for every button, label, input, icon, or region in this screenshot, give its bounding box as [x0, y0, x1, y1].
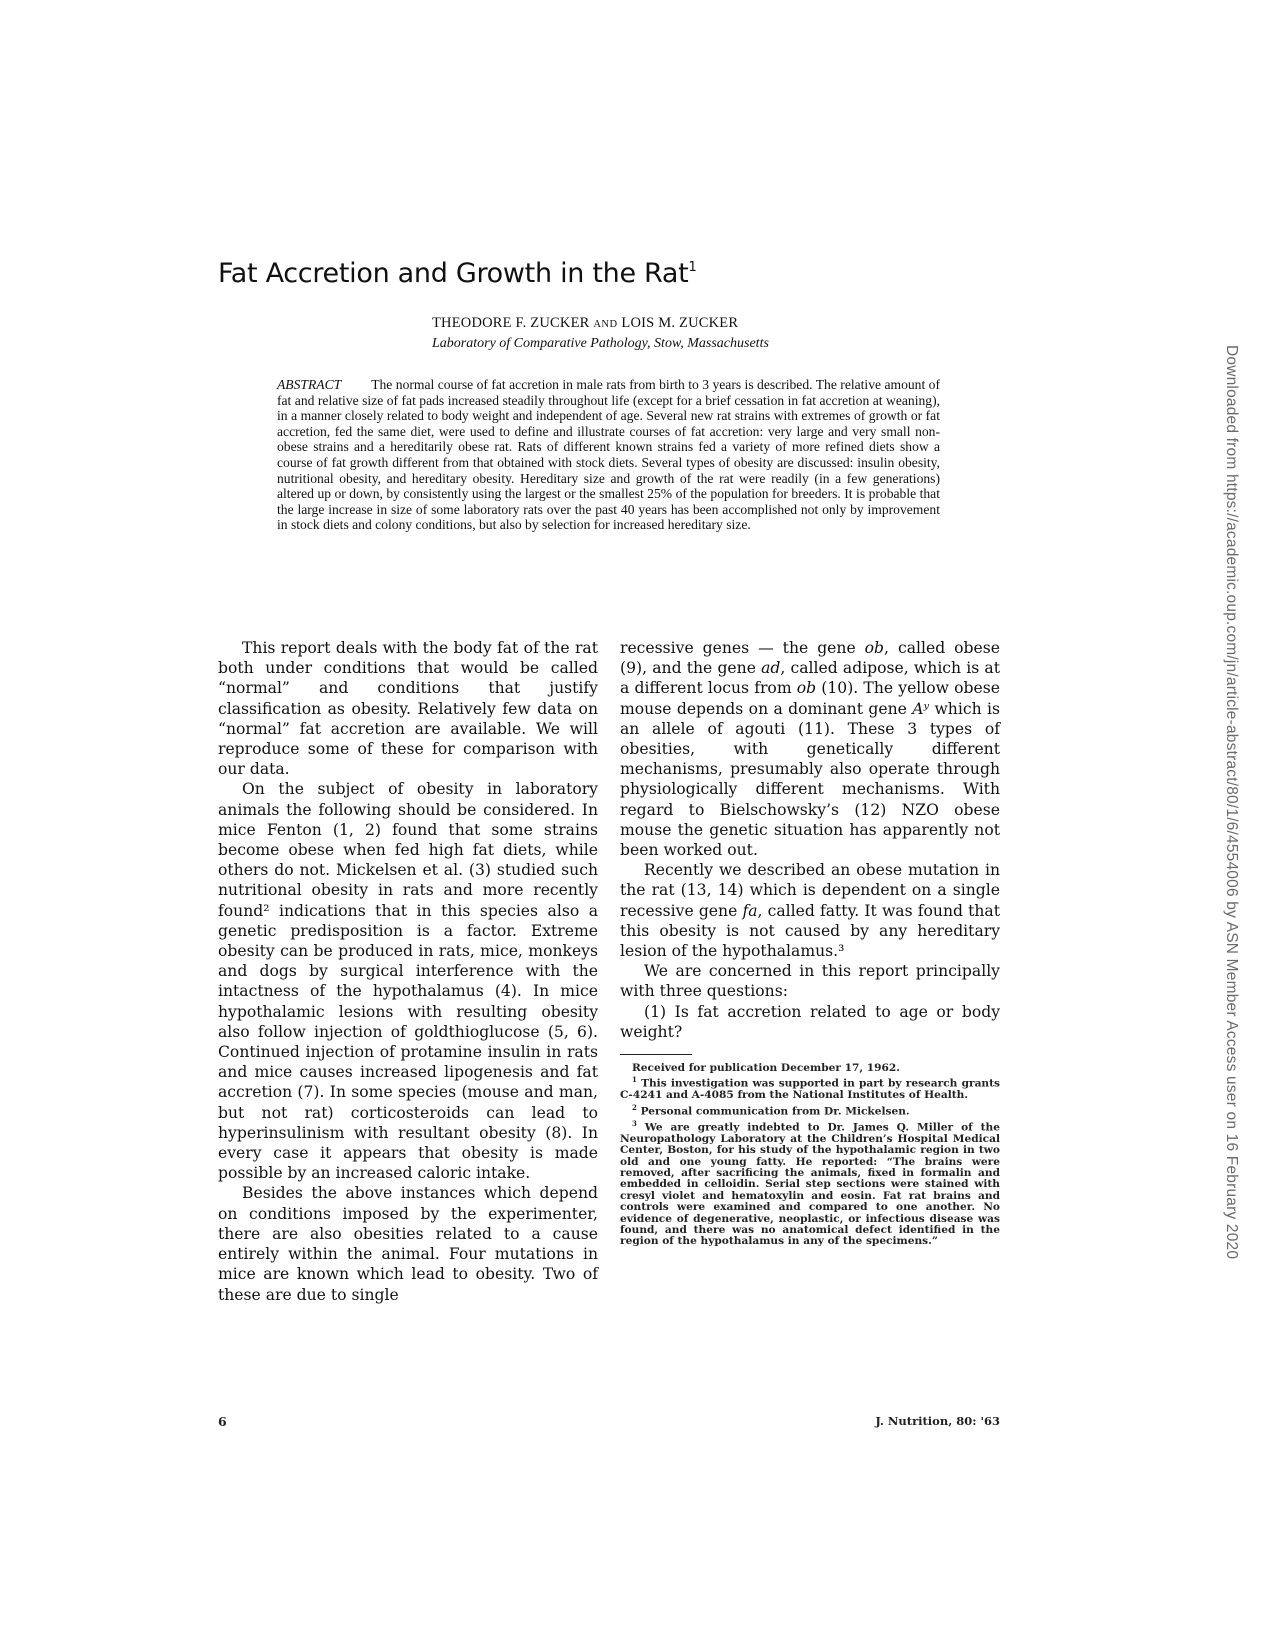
footnote-text: We are greatly indebted to Dr. James Q. …: [620, 1121, 1000, 1247]
footnote-mark: 1: [632, 1075, 637, 1084]
page-number: 6: [218, 1414, 227, 1429]
paragraph: recessive genes — the gene ob, called ob…: [620, 638, 1000, 860]
footnote: 2 Personal communication from Dr. Mickel…: [620, 1102, 1000, 1118]
abstract-label: ABSTRACT: [277, 377, 341, 392]
affiliation: Laboratory of Comparative Pathology, Sto…: [432, 336, 769, 352]
gene-symbol: fa: [742, 902, 757, 920]
footnote: 1 This investigation was supported in pa…: [620, 1074, 1000, 1101]
article-title: Fat Accretion and Growth in the Rat1: [218, 258, 696, 289]
footnote: 3 We are greatly indebted to Dr. James Q…: [620, 1118, 1000, 1248]
text-run: recessive genes — the gene: [620, 639, 865, 657]
footnote-mark: 3: [632, 1119, 637, 1128]
title-footnote-mark: 1: [688, 260, 696, 275]
footnote-divider: [620, 1054, 692, 1055]
body-left-column: This report deals with the body fat of t…: [218, 638, 598, 1305]
paragraph: (1) Is fat accretion related to age or b…: [620, 1002, 1000, 1042]
abstract: ABSTRACTThe normal course of fat accreti…: [277, 377, 940, 533]
paragraph: Besides the above instances which depend…: [218, 1183, 598, 1304]
author-first: THEODORE F. ZUCKER: [432, 315, 590, 331]
author-conjunction: AND: [593, 319, 617, 330]
footnote-text: Personal communication from Dr. Mickelse…: [641, 1105, 910, 1117]
received-date: Received for publication December 17, 19…: [620, 1063, 1000, 1074]
body-right-column: recessive genes — the gene ob, called ob…: [620, 638, 1000, 1248]
gene-symbol: ob: [797, 679, 816, 697]
author-second: LOIS M. ZUCKER: [621, 315, 738, 331]
download-watermark: Downloaded from https://academic.oup.com…: [1222, 345, 1240, 1259]
paragraph: This report deals with the body fat of t…: [218, 638, 598, 779]
journal-citation: J. Nutrition, 80: '63: [843, 1414, 1000, 1428]
gene-symbol: Aʸ: [912, 700, 929, 718]
gene-symbol: ob: [865, 639, 884, 657]
abstract-text: The normal course of fat accretion in ma…: [277, 377, 940, 532]
article-title-text: Fat Accretion and Growth in the Rat: [218, 258, 688, 289]
footnotes: Received for publication December 17, 19…: [620, 1063, 1000, 1248]
gene-symbol: ad: [761, 659, 780, 677]
footnote-text: This investigation was supported in part…: [620, 1078, 1000, 1101]
author-line: THEODORE F. ZUCKER AND LOIS M. ZUCKER: [432, 315, 738, 332]
paragraph: On the subject of obesity in laboratory …: [218, 779, 598, 1183]
paragraph: Recently we described an obese mutation …: [620, 860, 1000, 961]
paragraph: We are concerned in this report principa…: [620, 961, 1000, 1001]
text-run: which is an allele of agouti (11). These…: [620, 700, 1000, 859]
footnote-mark: 2: [632, 1103, 637, 1112]
